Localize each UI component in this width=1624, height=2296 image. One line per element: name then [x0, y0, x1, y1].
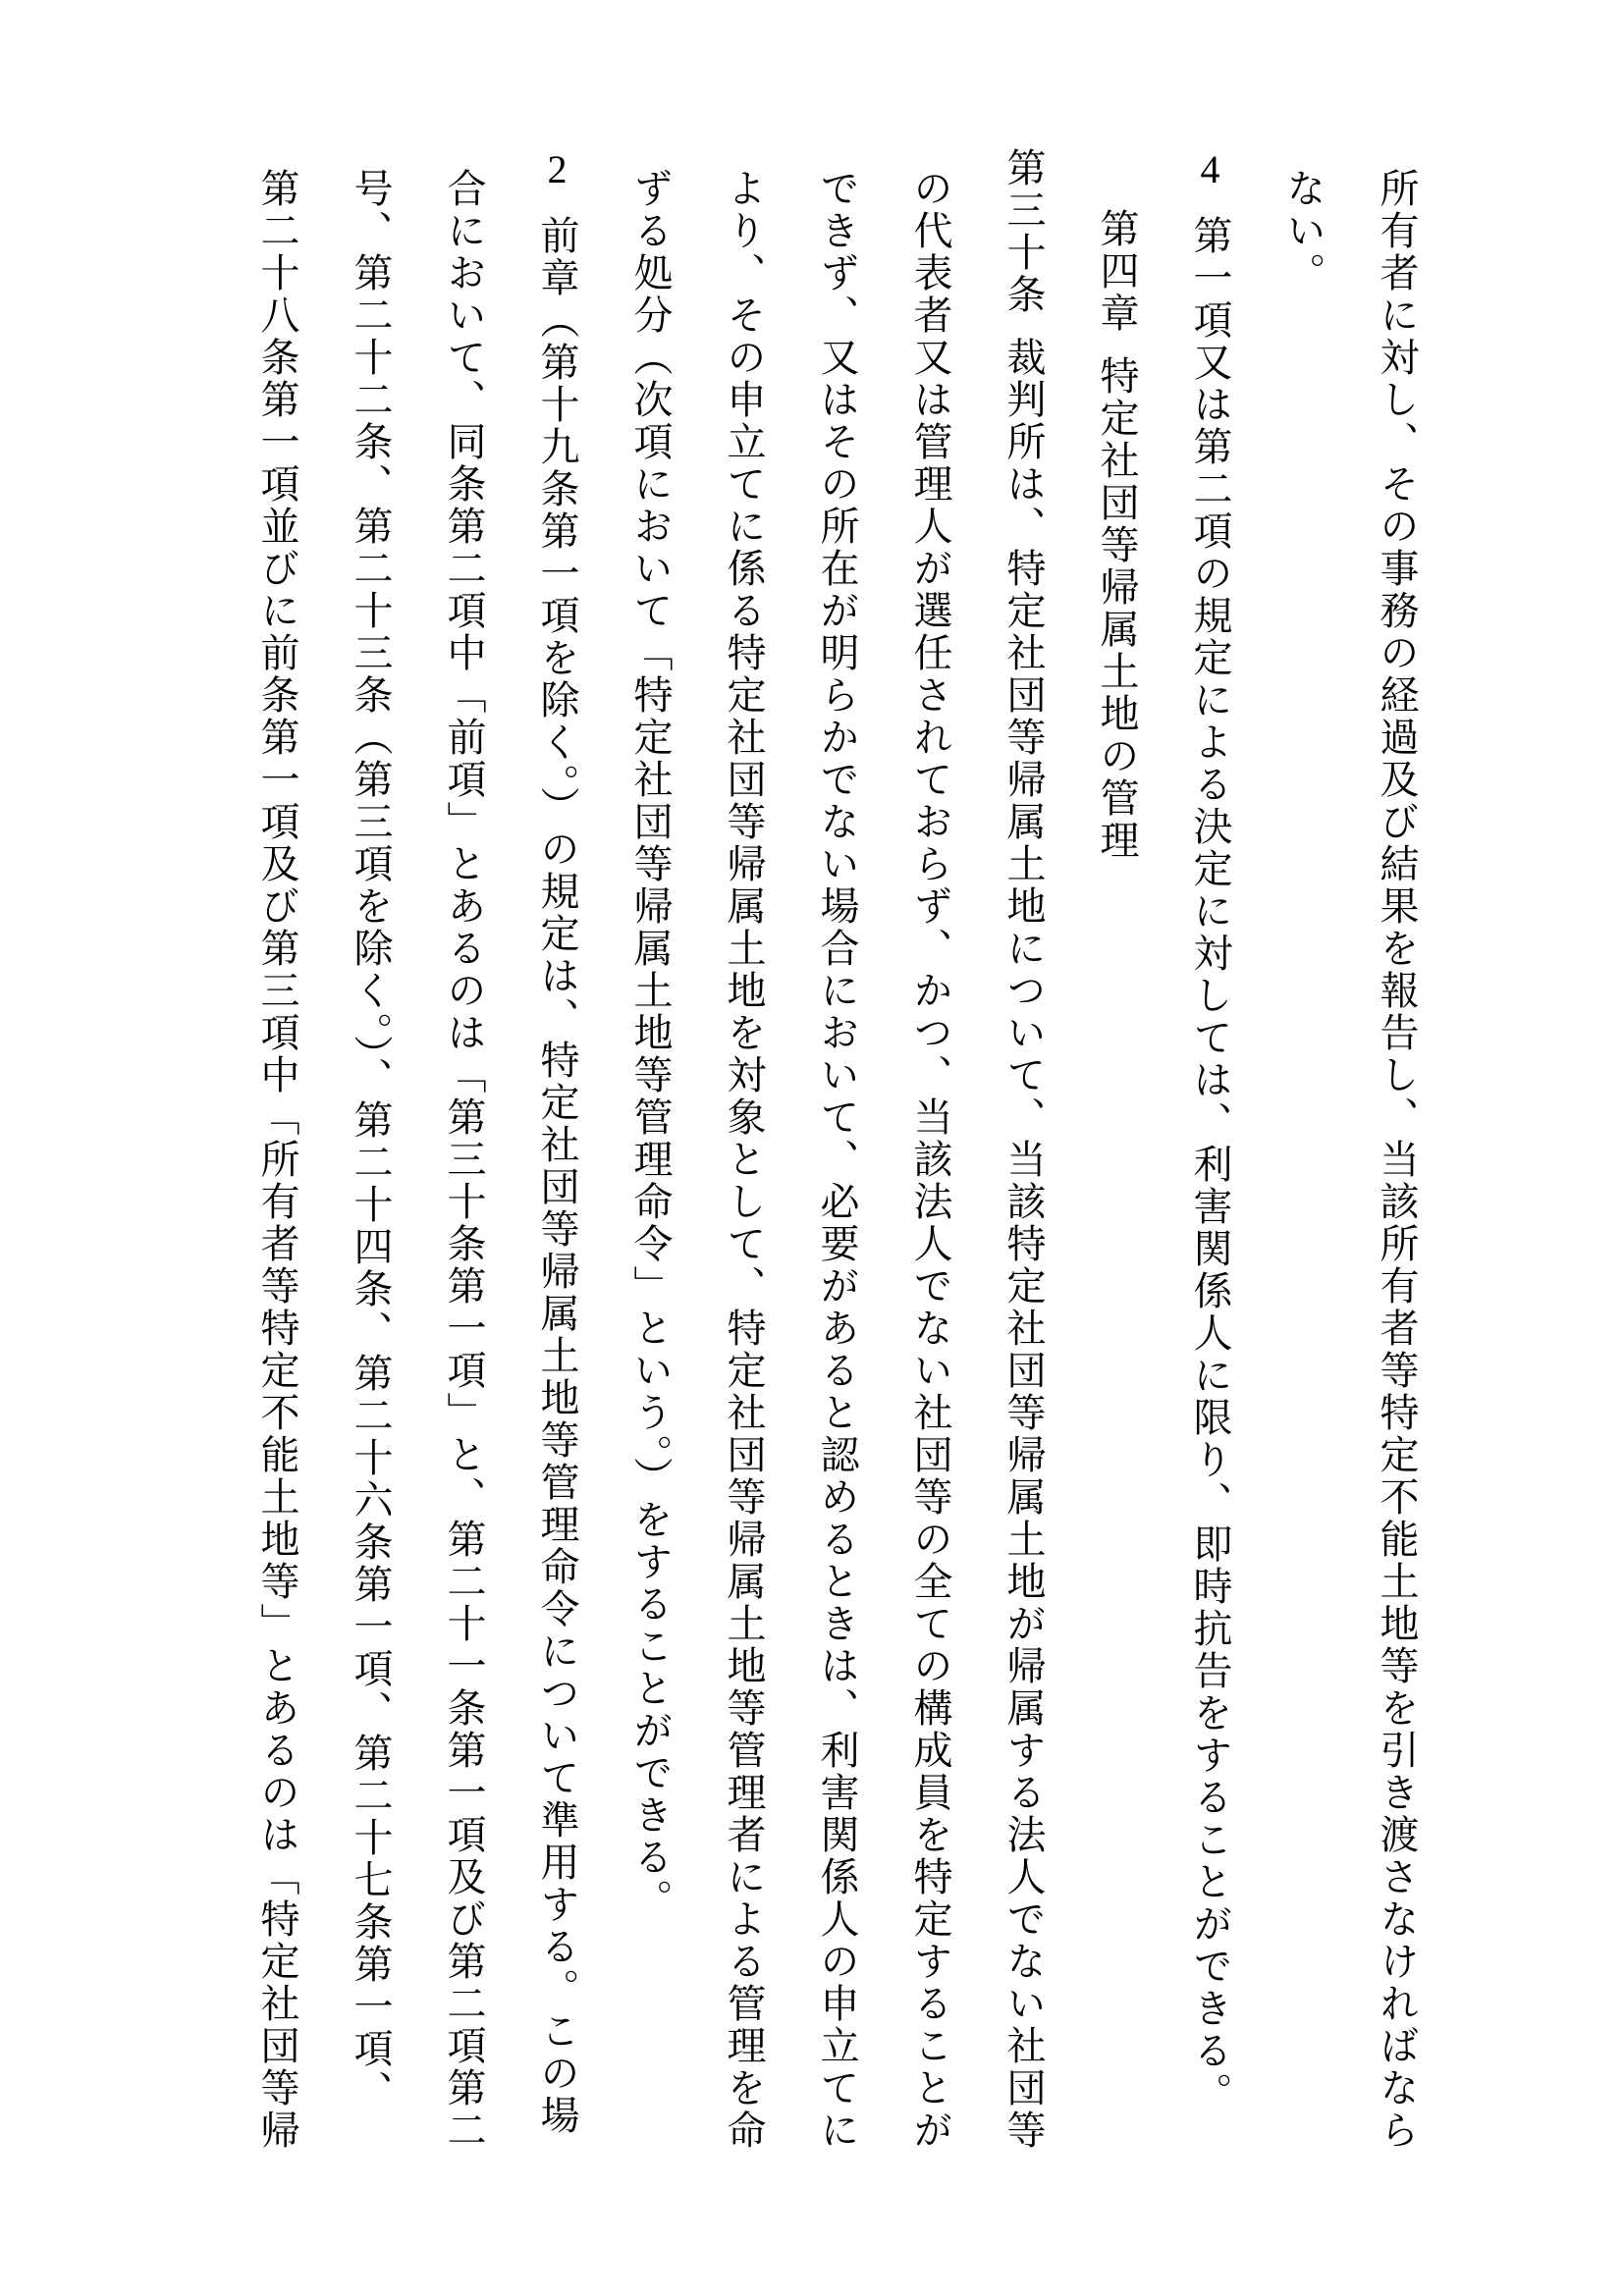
text-column-line: 第三十条裁判所は、特定社団等帰属土地について、当該特定社団等帰属土地が帰属する法… [977, 147, 1070, 2179]
text-column-line: 所有者に対し、その事務の経過及び結果を報告し、当該所有者等特定不能土地等を引き渡… [1350, 147, 1443, 2179]
line-text: 第二十八条第一項並びに前条第一項及び第三項中「所有者等特定不能土地等」とあるのは… [255, 168, 299, 2152]
line-text: 前章（第十九条第一項を除く。）の規定は、特定社団等帰属土地等管理命令について準用… [535, 215, 579, 2137]
text-column-line: 4第一項又は第二項の規定による決定に対しては、利害関係人に限り、即時抗告をするこ… [1164, 147, 1257, 2179]
line-text: ない。 [1281, 168, 1326, 294]
line-text: 裁判所は、特定社団等帰属土地について、当該特定社団等帰属土地が帰属する法人でない… [1001, 337, 1046, 2152]
paragraph-number-label: 2 [535, 147, 579, 194]
text-column-line: 合において、同条第二項中「前項」とあるのは「第三十条第一項」と、第二十一条第一項… [417, 147, 511, 2179]
text-column-line: の代表者又は管理人が選任されておらず、かつ、当該法人でない社団等の全ての構成員を… [884, 147, 977, 2179]
line-text: できず、又はその所在が明らかでない場合において、必要があると認めるときは、利害関… [815, 168, 859, 2152]
law-text-block: 所有者に対し、その事務の経過及び結果を報告し、当該所有者等特定不能土地等を引き渡… [231, 147, 1443, 2179]
text-column-line: できず、又はその所在が明らかでない場合において、必要があると認めるときは、利害関… [790, 147, 884, 2179]
text-column-line: ずる処分（次項において「特定社団等帰属土地等管理命令」という。）をすることができ… [604, 147, 697, 2179]
line-text: 号、第二十二条、第二十三条（第三項を除く。）、第二十四条、第二十六条第一項、第二… [349, 168, 393, 2112]
line-text: より、その申立てに係る特定社団等帰属土地を対象として、特定社団等帰属土地等管理者… [722, 168, 766, 2152]
text-column-line: 第四章特定社団等帰属土地の管理 [1070, 147, 1164, 2179]
line-text: 合において、同条第二項中「前項」とあるのは「第三十条第一項」と、第二十一条第一項… [442, 168, 486, 2152]
text-column-line: 2前章（第十九条第一項を除く。）の規定は、特定社団等帰属土地等管理命令について準… [511, 147, 604, 2179]
text-column-line: 第二十八条第一項並びに前条第一項及び第三項中「所有者等特定不能土地等」とあるのは… [231, 147, 324, 2179]
text-column-line: より、その申立てに係る特定社団等帰属土地を対象として、特定社団等帰属土地等管理者… [697, 147, 790, 2179]
paragraph-number-label: 4 [1188, 147, 1232, 194]
line-text: 第一項又は第二項の規定による決定に対しては、利害関係人に限り、即時抗告をすること… [1188, 215, 1232, 2114]
line-text: 特定社団等帰属土地の管理 [1095, 355, 1139, 862]
line-text: ずる処分（次項において「特定社団等帰属土地等管理命令」という。）をすることができ… [628, 168, 673, 1921]
line-text: の代表者又は管理人が選任されておらず、かつ、当該法人でない社団等の全ての構成員を… [908, 168, 952, 2152]
paragraph-number-label: 第四章 [1095, 208, 1139, 335]
text-column-line: 号、第二十二条、第二十三条（第三項を除く。）、第二十四条、第二十六条第一項、第二… [324, 147, 417, 2179]
line-text: 所有者に対し、その事務の経過及び結果を報告し、当該所有者等特定不能土地等を引き渡… [1375, 168, 1419, 2152]
text-column-line: ない。 [1257, 147, 1350, 2179]
paragraph-number-label: 第三十条 [1001, 147, 1046, 316]
